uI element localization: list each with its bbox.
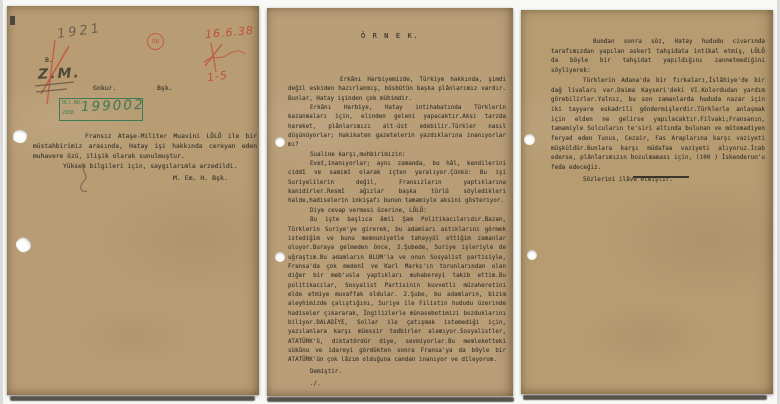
page1-paragraphs: Fransız Ataşe-Militer Muavini LÖLÖ ile b… — [33, 132, 257, 162]
paragraph: Bundan sonra söz, Hatay hududu civarında… — [551, 38, 765, 77]
red-x-mark — [211, 43, 216, 72]
header-gnkur: Gnkur. — [93, 84, 116, 92]
scan-edge-left — [0, 0, 3, 404]
registry-stamp-box: OLl.NO: 2038 199002 — [59, 98, 143, 121]
registry-number-handwritten: 199002 — [81, 97, 145, 115]
page2-closing-line: Demiştir. — [288, 368, 506, 377]
page1-closing-line: Yüksek bilgileri için, saygılarımla arze… — [33, 162, 257, 172]
red-x-mark — [205, 44, 222, 66]
punch-hole — [13, 130, 27, 143]
document-page-3: Bundan sonra söz, Hatay hududu civarında… — [521, 10, 773, 394]
scanned-documents-view: 1921 06 16.6.38 1-5 B. Z.M. Gnkur. Bşk. … — [0, 0, 780, 404]
page2-body: Erkânı Harbiyemizde, Türkiye hakkında, ş… — [288, 76, 506, 389]
handwritten-marks-overlay — [7, 6, 259, 395]
paragraph: Fransız Ataşe-Militer Muavini LÖLÖ ile b… — [33, 132, 257, 162]
paragraph: Bu işte başlıca âmil Şam Politikacılarıd… — [288, 216, 506, 366]
paragraph: Türklerin Adana'da bir fırkaları,İslâhiy… — [551, 77, 765, 174]
page3-body: Bundan sonra söz, Hatay hududu civarında… — [551, 38, 765, 186]
page2-paragraphs: Erkânı Harbiyemizde, Türkiye hakkında, ş… — [288, 76, 506, 366]
document-page-2: Ö R N E K. Erkânı Harbiyemizde, Türkiye … — [267, 8, 513, 396]
punch-hole — [527, 250, 537, 260]
registry-sub-number: 2038 — [62, 110, 74, 116]
red-range-annotation: 1-5 — [206, 69, 229, 85]
page3-paragraphs: Bundan sonra söz, Hatay hududu civarında… — [551, 38, 765, 174]
signature-line: M. Em. H. Bşk. — [173, 174, 228, 182]
page2-footer-mark: ./. — [288, 380, 506, 389]
red-scribble — [204, 51, 245, 63]
punch-hole — [275, 137, 285, 147]
paragraph: Diye cevap vermesi üzerine, LÖLÖ: — [288, 207, 506, 216]
pencil-underline — [36, 89, 67, 92]
pencil-year-annotation: 1921 — [56, 21, 103, 42]
paragraph: Erkânı Harbiyemizde, Türkiye hakkında, ş… — [288, 76, 506, 104]
scan-shadow-bar — [523, 395, 767, 400]
scan-shadow-bar — [267, 397, 514, 402]
typed-initial: B. — [45, 56, 53, 64]
paragraph: Sualine karşı,muhbirimizin: — [288, 151, 506, 160]
scan-artifact — [10, 16, 15, 25]
paragraph: Erkânı Harbiye, Hatay intihabatında Türk… — [288, 104, 506, 151]
punch-hole — [524, 134, 535, 145]
scan-shadow-bar — [10, 396, 255, 401]
red-date-annotation: 16.6.38 — [205, 24, 255, 41]
punch-hole — [275, 252, 285, 262]
ornek-title: Ö R N E K. — [267, 31, 513, 40]
page1-body: Fransız Ataşe-Militer Muavini LÖLÖ ile b… — [33, 132, 257, 172]
circular-number-stamp: 06 — [146, 32, 165, 51]
document-page-1: 1921 06 16.6.38 1-5 B. Z.M. Gnkur. Bşk. … — [7, 6, 259, 395]
punch-hole — [13, 235, 33, 255]
header-bsk: Bşk. — [157, 84, 173, 92]
pencil-initials: Z.M. — [38, 65, 81, 82]
paragraph: Evet,inanıyorlar; aynı zamanda, bu hâl, … — [288, 160, 506, 207]
typed-divider-line — [633, 176, 689, 178]
